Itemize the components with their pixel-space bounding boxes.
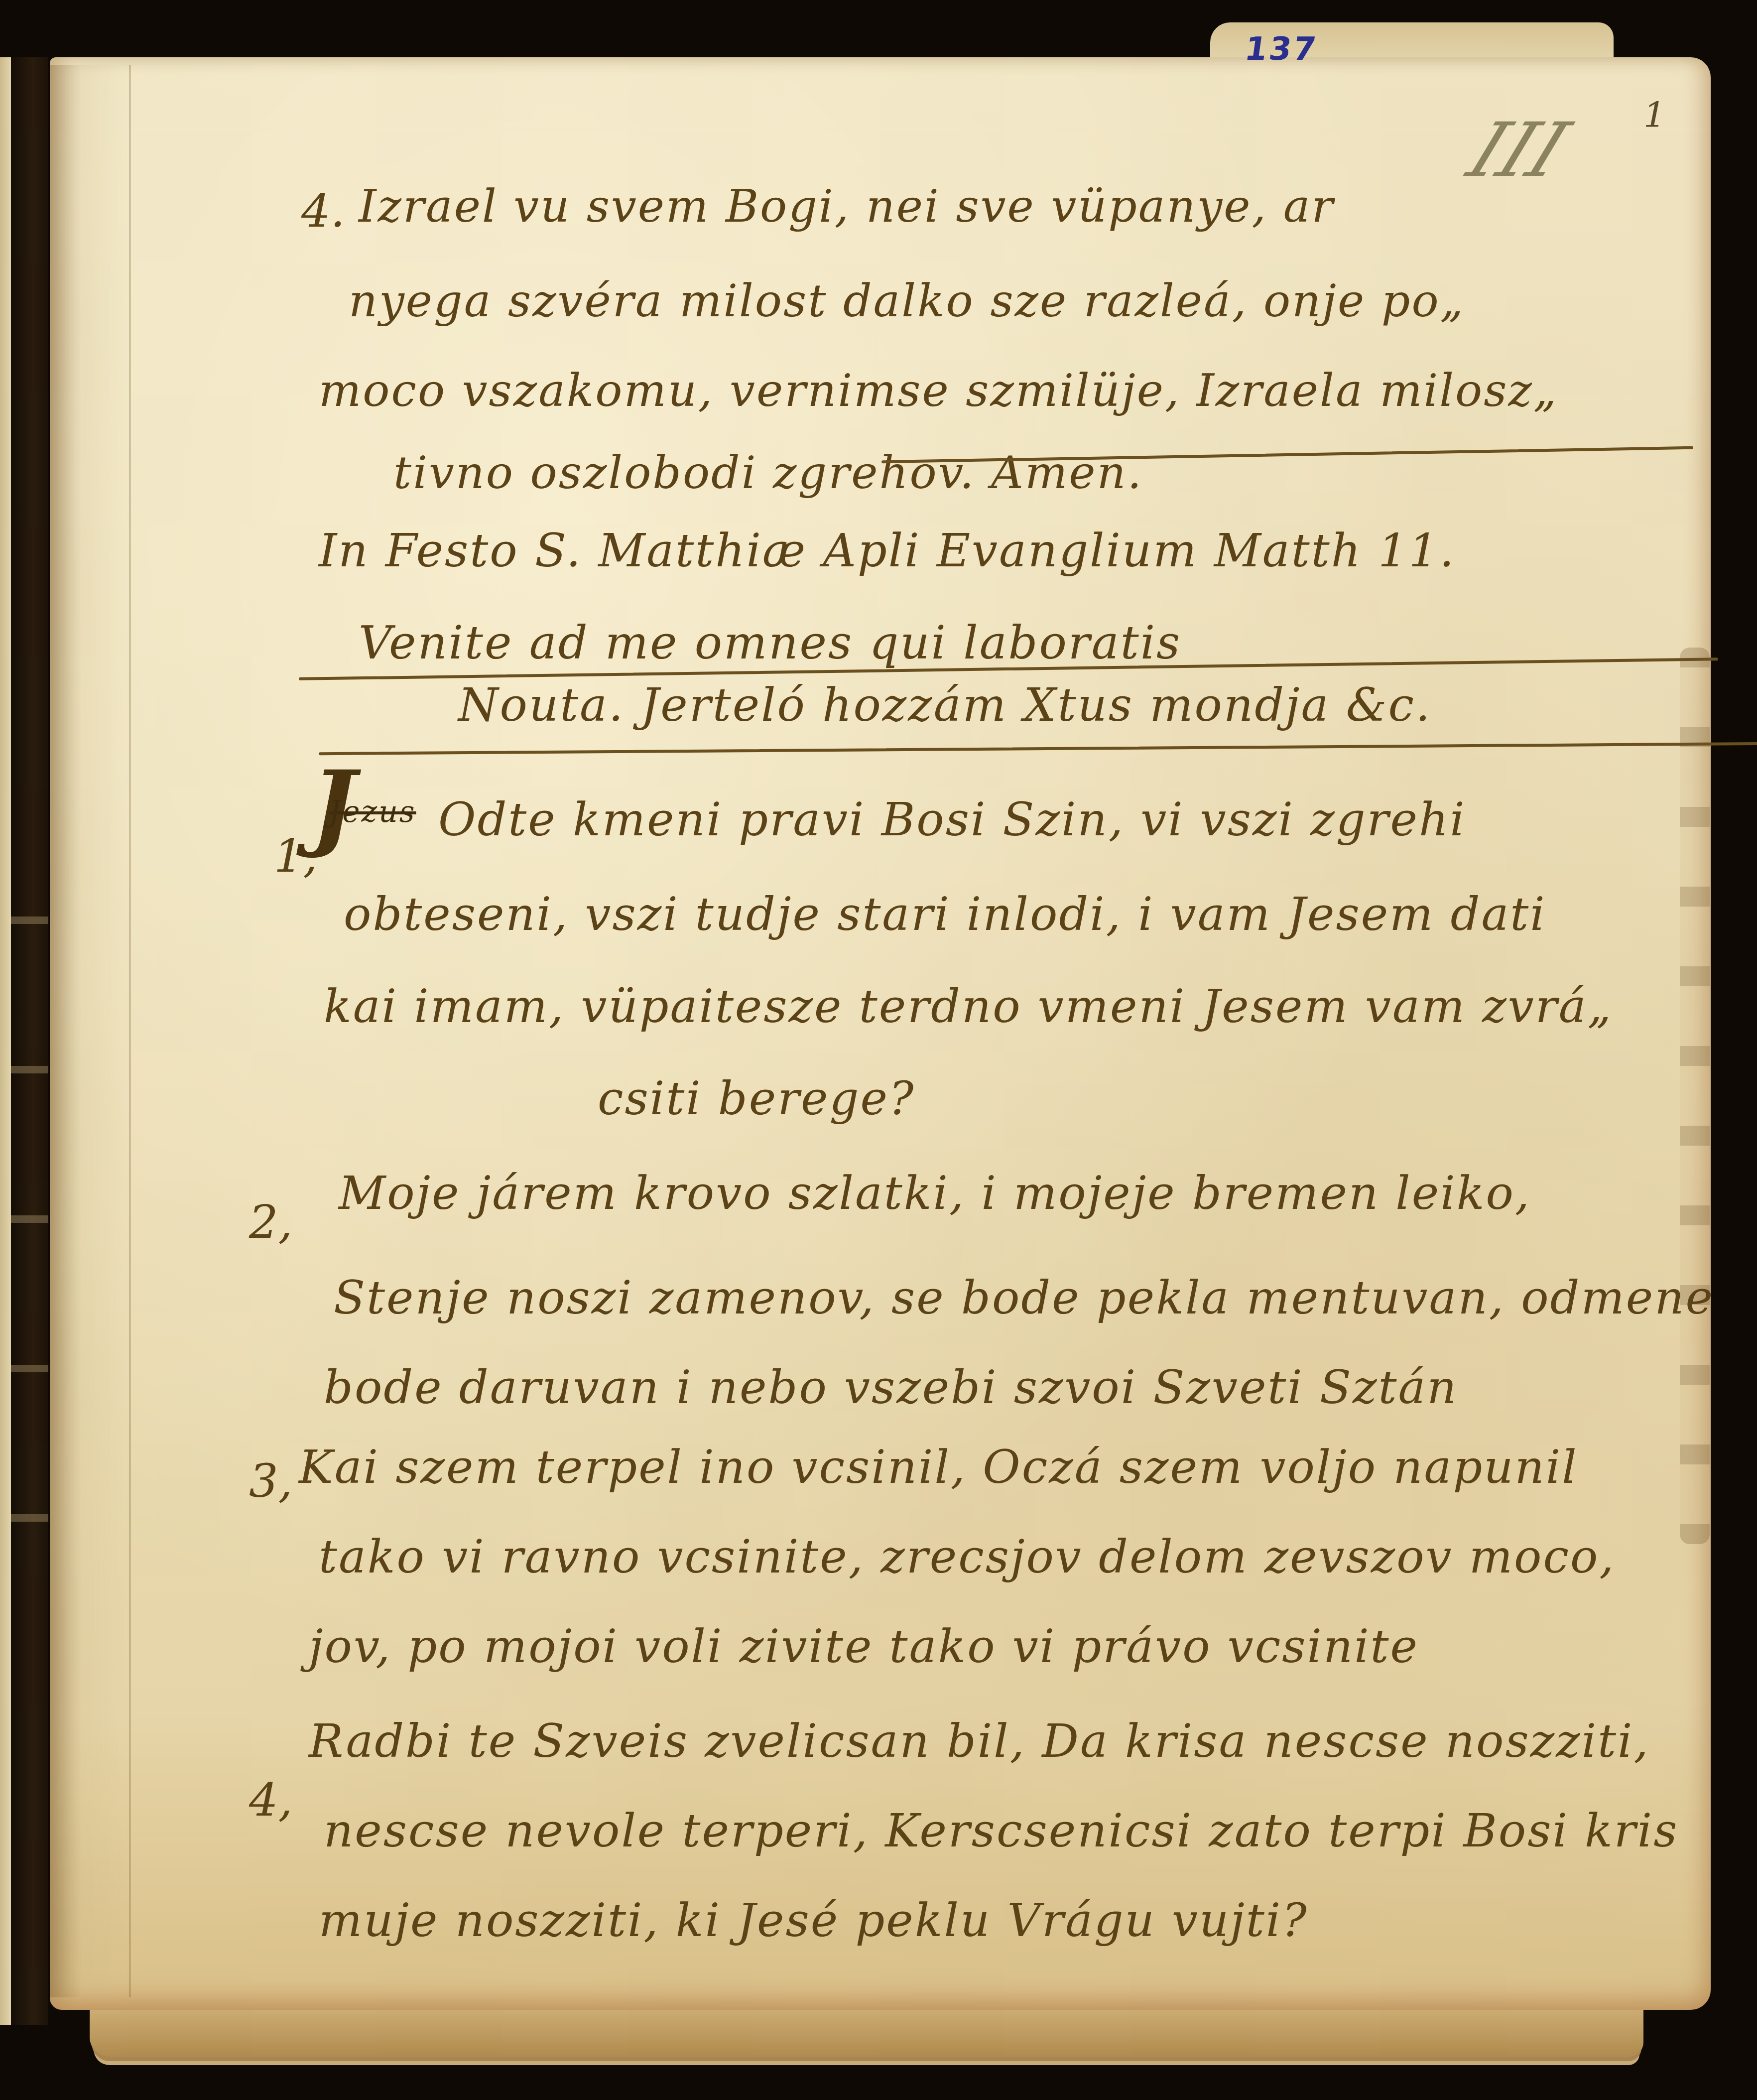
text-line: Radbi te Szveis zvelicsan bil, Da krisa … [309, 1718, 1650, 1764]
leaf-inner-margin [50, 65, 130, 1997]
text-line: nyega szvéra milost dalko sze razleá, on… [349, 279, 1465, 324]
text-line: tako vi ravno vcsinite, zrecsjov delom z… [319, 1534, 1616, 1580]
text-line: kai imam, vüpaitesze terdno vmeni Jesem … [324, 984, 1613, 1030]
text-line: nescse nevole terperi, Kerscsenicsi zato… [324, 1808, 1678, 1854]
text-line: moco vszakomu, vernimse szmilüje, Izrael… [319, 369, 1558, 413]
melody-note: Nouta. Jerteló hozzám Xtus mondja &c. [458, 682, 1431, 728]
manuscript-scan: 137 III 1 4. Izrael vu svem Bogi, nei sv… [0, 0, 1757, 2100]
archive-stamp-number: 137 [1243, 31, 1320, 68]
feast-heading: In Festo S. Matthiæ Apli Evanglium Matth… [319, 528, 1455, 574]
text-line: obteseni, vszi tudje stari inlodi, i vam… [344, 892, 1546, 937]
text-line: Stenje noszi zamenov, se bode pekla ment… [334, 1275, 1714, 1321]
text-line: bode daruvan i nebo vszebi szvoi Szveti … [324, 1365, 1458, 1411]
corner-mark: 1 [1643, 95, 1666, 135]
text-line: jov, po mojoi voli zivite tako vi právo … [309, 1624, 1419, 1670]
text-line: Odte kmeni pravi Bosi Szin, vi vszi zgre… [438, 797, 1466, 843]
stanza-number: 4, [249, 1773, 293, 1827]
stanza-number: 2, [249, 1195, 293, 1249]
text-line: Kai szem terpel ino vcsinil, Oczá szem v… [299, 1444, 1578, 1490]
incipit: Venite ad me omnes qui laboratis [359, 620, 1181, 666]
binding-threads [11, 847, 48, 1544]
stanza-number: 3, [249, 1454, 293, 1508]
struck-word: Jezus [329, 797, 416, 827]
text-line: Izrael vu svem Bogi, nei sve vüpanye, ar [359, 184, 1334, 229]
verse-number: 4. [301, 184, 345, 238]
frayed-right-edge [1680, 648, 1710, 1544]
text-line: Moje járem krovo szlatki, i mojeje breme… [339, 1171, 1531, 1216]
text-line: muje noszziti, ki Jesé peklu Vrágu vujti… [319, 1898, 1308, 1944]
text-line: csiti berege? [598, 1076, 915, 1122]
